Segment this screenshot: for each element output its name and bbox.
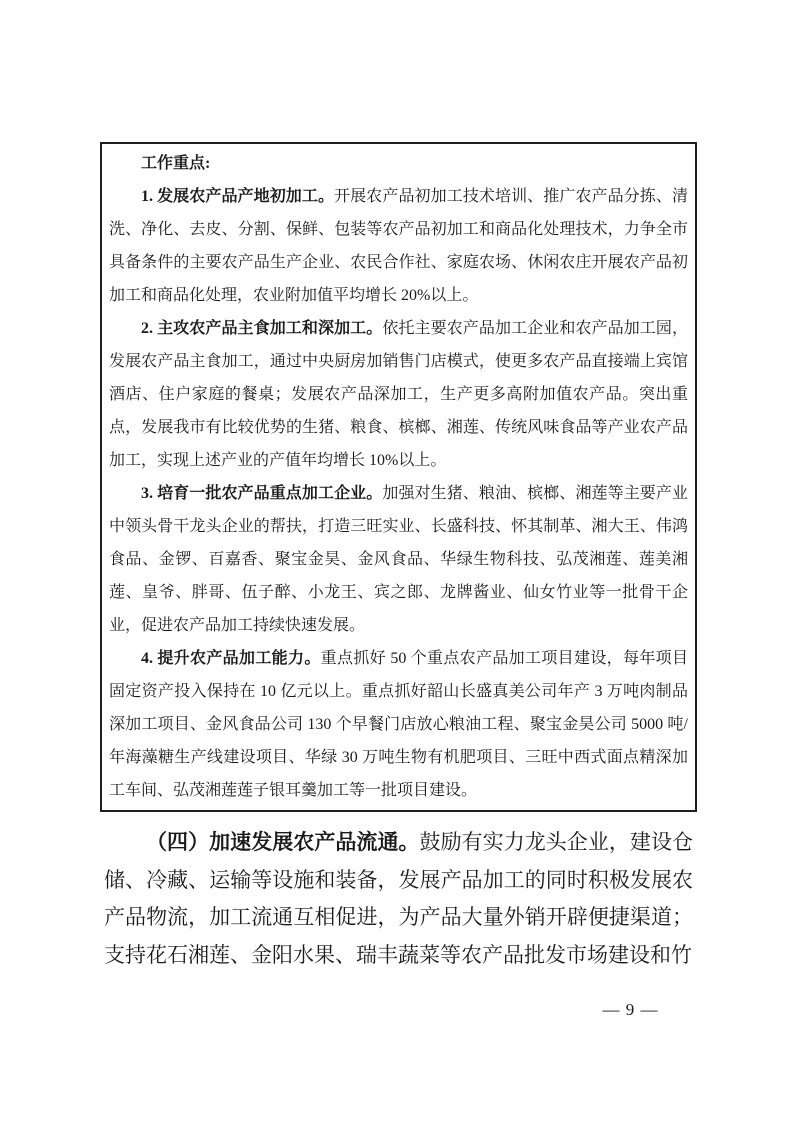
work-item-3-body: 加强对生猪、粮油、槟榔、湘莲等主要产业中领头骨干龙头企业的帮扶，打造三旺实业、长… <box>109 485 688 634</box>
work-item-2: 2. 主攻农产品主食加工和深加工。依托主要农产品加工企业和农产品加工园，发展农产… <box>109 312 688 477</box>
work-item-3-lead: 3. 培育一批农产品重点加工企业。 <box>141 485 382 502</box>
work-item-4: 4. 提升农产品加工能力。重点抓好 50 个重点农产品加工项目建设，每年项目固定… <box>109 642 688 807</box>
work-item-2-lead: 2. 主攻农产品主食加工和深加工。 <box>141 320 382 337</box>
work-item-1-body: 开展农产品初加工技术培训、推广农产品分拣、清洗、净化、去皮、分割、保鲜、包装等农… <box>109 188 688 304</box>
work-box-title: 工作重点: <box>109 147 688 180</box>
work-item-4-body: 重点抓好 50 个重点农产品加工项目建设，每年项目固定资产投入保持在 10 亿元… <box>109 650 688 799</box>
work-item-1: 1. 发展农产品产地初加工。开展农产品初加工技术培训、推广农产品分拣、清洗、净化… <box>109 180 688 312</box>
work-item-4-lead: 4. 提升农产品加工能力。 <box>141 650 321 667</box>
work-priorities-box: 工作重点: 1. 发展农产品产地初加工。开展农产品初加工技术培训、推广农产品分拣… <box>100 142 697 812</box>
work-item-2-body: 依托主要农产品加工企业和农产品加工园，发展农产品主食加工，通过中央厨房加销售门店… <box>109 320 688 469</box>
work-item-3: 3. 培育一批农产品重点加工企业。加强对生猪、粮油、槟榔、湘莲等主要产业中领头骨… <box>109 477 688 642</box>
work-item-1-lead: 1. 发展农产品产地初加工。 <box>141 188 334 205</box>
page-number: — 9 — <box>593 1000 668 1020</box>
section-four-paragraph: （四）加速发展农产品流通。鼓励有实力龙头企业，建设仓储、冷藏、运输等设施和装备，… <box>104 824 693 974</box>
section-four-lead: （四）加速发展农产品流通。 <box>146 830 420 854</box>
